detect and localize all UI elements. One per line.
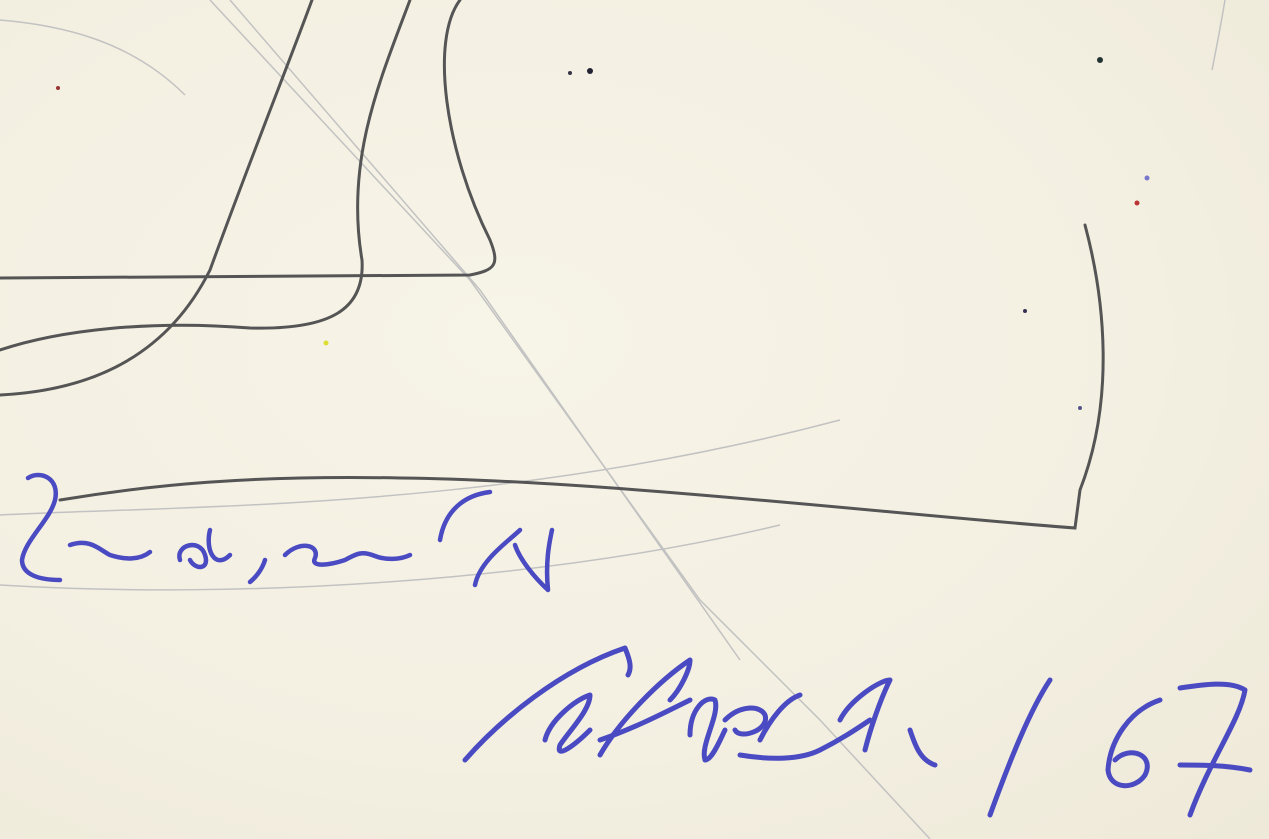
- date-67: [1108, 684, 1250, 815]
- signature: [465, 648, 1050, 815]
- drawing-canvas: Zeichnung 67: [0, 0, 1269, 839]
- faint-pencil-lines: [0, 0, 1225, 839]
- drawing-svg: [0, 0, 1269, 839]
- pencil-lines: [0, 0, 1103, 528]
- ink-specks: [56, 57, 1150, 410]
